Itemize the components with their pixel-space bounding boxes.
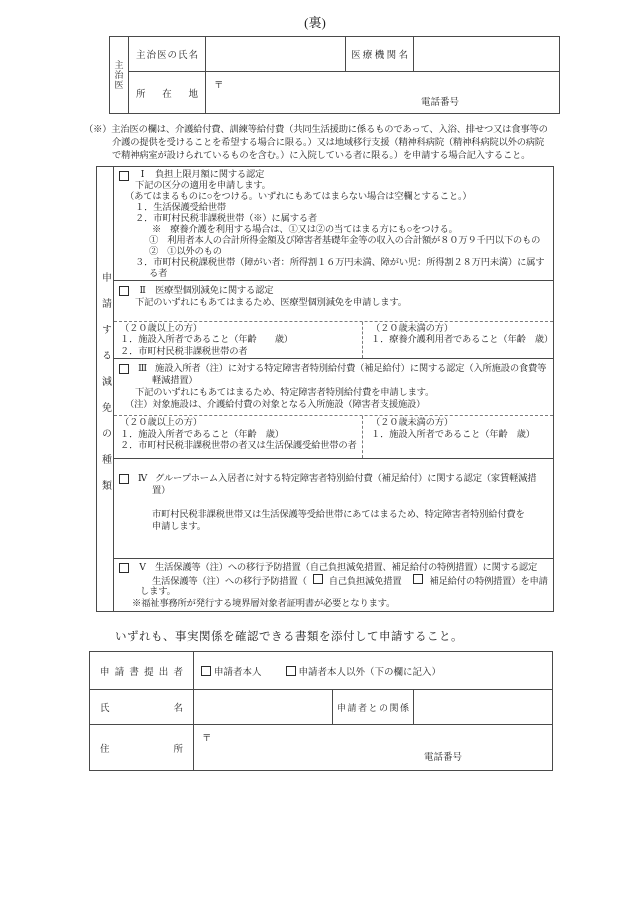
column-item: １．施設入所者であること（年齢 歳） — [363, 430, 553, 442]
section-1-note: ※ 療養介護を利用する場合は、①又は②の当てはまる方にも○をつける。 — [114, 225, 553, 236]
physician-table: 主治医 主治医の氏名 医療機関名 所在地 〒 電話番号 — [109, 36, 560, 114]
submitter-name-label-cell: 氏名 — [90, 690, 194, 724]
submitter-label: 申請書提出者 — [90, 664, 193, 678]
section-4-title: 置） — [114, 485, 553, 497]
section-5-checkbox[interactable] — [119, 563, 129, 573]
column-item: ２．市町村民税非課税世帯の者 — [114, 347, 362, 359]
submitter-label-cell: 申請書提出者 — [90, 652, 194, 689]
section-1-text: （あてはまるものに○をつける。いずれにもあてはまらない場合は空欄とすること。） — [114, 192, 553, 203]
attach-documents-note: いずれも、事実関係を確認できる書類を添付して申請すること。 — [115, 628, 463, 644]
submitter-address-label-cell: 住所 — [90, 725, 194, 770]
exemption-side-cell: 申請する減免の種類 — [97, 167, 114, 611]
section-2-under20-column: （２０歳未満の方） １．療養介護利用者であること（年齢 歳） — [363, 322, 553, 359]
section-1-title: 負担上限月額に関する認定 — [155, 170, 264, 181]
section-5-option: 補足給付の特例措置）を申請 — [429, 577, 547, 587]
applicant-other-checkbox[interactable] — [286, 666, 296, 676]
section-4: Ⅳ グループホーム入居者に対する特定障害者特別給付費（補足給付）に関する認定（家… — [114, 459, 553, 559]
section-2-text: 下記のいずれにもあてはまるため、医療型個別減免を申請します。 — [114, 297, 553, 309]
section-1-item: ３．市町村民税課税世帯（障がい者：所得割１６万円未満、障がい児：所得割２８万円未… — [114, 258, 553, 269]
relation-label-cell: 申請者との関係 — [333, 690, 414, 724]
submitter-name-label: 氏名 — [90, 700, 193, 714]
section-3-numeral: Ⅲ — [136, 363, 149, 375]
section-5-note: ※福祉事務所が発行する境界層対象者証明書が必要となります。 — [114, 598, 553, 610]
self-pay-exemption-checkbox[interactable] — [313, 574, 323, 584]
section-3-title: 軽減措置） — [114, 375, 553, 387]
section-1-checkbox[interactable] — [119, 171, 129, 181]
section-3-over20-column: （２０歳以上の方） １．施設入所者であること（年齢 歳） ２．市町村民税非課税世… — [114, 416, 363, 458]
column-item: １．施設入所者であること（年齢 歳） — [114, 430, 362, 442]
column-title: （２０歳以上の方） — [114, 324, 362, 336]
column-item: ２．市町村民税非課税世帯の者又は生活保護受給世帯の者 — [114, 441, 362, 453]
section-3-text: 下記のいずれにもあてはまるため、特定障害者特別給付費を申請します。 — [114, 387, 553, 399]
column-title: （２０歳未満の方） — [363, 418, 553, 430]
section-1-item: る者 — [114, 269, 553, 280]
column-item: １．施設入所者であること（年齢 歳） — [114, 335, 362, 347]
section-3: Ⅲ 施設入所者（注）に対する特定障害者特別給付費（補足給付）に関する認定（入所施… — [114, 359, 553, 459]
section-2-over20-column: （２０歳以上の方） １．施設入所者であること（年齢 歳） ２．市町村民税非課税世… — [114, 322, 363, 359]
supplement-special-checkbox[interactable] — [413, 574, 423, 584]
section-4-text: 市町村民税非課税世帯又は生活保護等受給世帯にあてはまるため、特定障害者特別給付費… — [114, 509, 553, 521]
physician-phone-label: 電話番号 — [421, 94, 459, 108]
submitter-address-field[interactable]: 〒 電話番号 — [194, 725, 552, 770]
relation-label: 申請者との関係 — [333, 701, 413, 714]
applicant-self-checkbox[interactable] — [201, 666, 211, 676]
physician-address-label: 所在地 — [129, 86, 205, 100]
note-line: （※）主治医の欄は、介護給付費、訓練等給付費（共同生活援助に係るものであって、入… — [84, 124, 584, 137]
exemption-table: 申請する減免の種類 Ⅰ 負担上限月額に関する認定 下記の区分の適用を申請します。… — [96, 166, 554, 612]
submitter-table: 申請書提出者 申請者本人 申請者本人以外（下の欄に記入） 氏名 申請者との関係 … — [89, 651, 553, 771]
column-item: １．療養介護利用者であること（年齢 歳） — [363, 335, 553, 347]
section-1-text: 下記の区分の適用を申請します。 — [114, 181, 553, 192]
section-1: Ⅰ 負担上限月額に関する認定 下記の区分の適用を申請します。 （あてはまるものに… — [114, 167, 553, 281]
physician-name-label: 主治医の氏名 — [129, 47, 205, 61]
clinic-name-label-cell: 医療機関名 — [346, 37, 414, 71]
section-5: Ⅴ 生活保護等（注）への移行予防措置（自己負担減免措置、補足給付の特例措置）に関… — [114, 559, 553, 611]
physician-name-field[interactable] — [206, 37, 346, 71]
section-3-checkbox[interactable] — [119, 364, 129, 374]
physician-side-label: 主治医 — [113, 60, 126, 90]
submitter-address-label: 住所 — [90, 741, 193, 755]
section-1-subitem: ① 利用者本人の合計所得金額及び障害者基礎年金等の収入の合計額が８０万９千円以下… — [114, 236, 553, 247]
section-4-title: グループホーム入居者に対する特定障害者特別給付費（補足給付）に関する認定（家賃軽… — [155, 473, 536, 485]
section-2-numeral: Ⅱ — [136, 285, 149, 297]
section-3-title: 施設入所者（注）に対する特定障害者特別給付費（補足給付）に関する認定（入所施設の… — [155, 363, 546, 375]
form-back-page: (裏) 主治医 主治医の氏名 医療機関名 所在地 〒 — [0, 0, 630, 903]
physician-address-label-cell: 所在地 — [129, 72, 206, 113]
section-4-numeral: Ⅳ — [136, 473, 149, 485]
section-3-under20-column: （２０歳未満の方） １．施設入所者であること（年齢 歳） — [363, 416, 553, 458]
section-5-text: します。 — [114, 586, 553, 598]
physician-note: （※）主治医の欄は、介護給付費、訓練等給付費（共同生活援助に係るものであって、入… — [84, 124, 584, 163]
section-5-text: 生活保護等（注）への移行予防措置（自己負担減免措置補足給付の特例措置）を申請 — [114, 574, 553, 586]
column-title: （２０歳未満の方） — [363, 324, 553, 336]
clinic-name-label: 医療機関名 — [346, 47, 413, 61]
column-title: （２０歳以上の方） — [114, 418, 362, 430]
section-1-item: ２．市町村民税非課税世帯（※）に属する者 — [114, 214, 553, 225]
page-title: (裏) — [0, 12, 630, 31]
section-5-title: 生活保護等（注）への移行予防措置（自己負担減免措置、補足給付の特例措置）に関する… — [155, 562, 537, 574]
relation-field[interactable] — [414, 690, 552, 724]
section-5-numeral: Ⅴ — [136, 562, 149, 574]
section-4-text: 申請します。 — [114, 521, 553, 533]
applicant-self-label: 申請者本人 — [214, 664, 262, 678]
postal-mark: 〒 — [214, 77, 224, 91]
note-line: 介護の提供を受けることを希望する場合に限る。）又は地域移行支援（精神科病院（精神… — [84, 137, 584, 150]
applicant-other-label: 申請者本人以外（下の欄に記入） — [299, 664, 442, 678]
section-2-title: 医療型個別減免に関する認定 — [155, 285, 273, 297]
section-2-checkbox[interactable] — [119, 286, 129, 296]
section-5-option: 自己負担減免措置 — [329, 577, 402, 587]
section-1-subitem: ② ①以外のもの — [114, 247, 553, 258]
note-line: で精神病室が設けられているものを含む。）に入院している者に限る。）を申請する場合… — [84, 150, 584, 163]
section-1-numeral: Ⅰ — [136, 170, 149, 181]
exemption-side-label: 申請する減免の種類 — [98, 272, 113, 506]
clinic-name-field[interactable] — [414, 37, 559, 71]
physician-address-field[interactable]: 〒 電話番号 — [206, 72, 559, 113]
section-1-item: １．生活保護受給世帯 — [114, 203, 553, 214]
submitter-phone-label: 電話番号 — [424, 749, 462, 763]
physician-side-cell: 主治医 — [110, 37, 129, 113]
section-3-note: （注）対象施設は、介護給付費の対象となる入所施設（障害者支援施設） — [114, 399, 553, 411]
submitter-name-field[interactable] — [194, 690, 333, 724]
section-2: Ⅱ 医療型個別減免に関する認定 下記のいずれにもあてはまるため、医療型個別減免を… — [114, 281, 553, 359]
physician-name-label-cell: 主治医の氏名 — [129, 37, 206, 71]
section-4-checkbox[interactable] — [119, 474, 129, 484]
submitter-options-cell: 申請者本人 申請者本人以外（下の欄に記入） — [194, 652, 552, 689]
postal-mark: 〒 — [202, 730, 212, 744]
